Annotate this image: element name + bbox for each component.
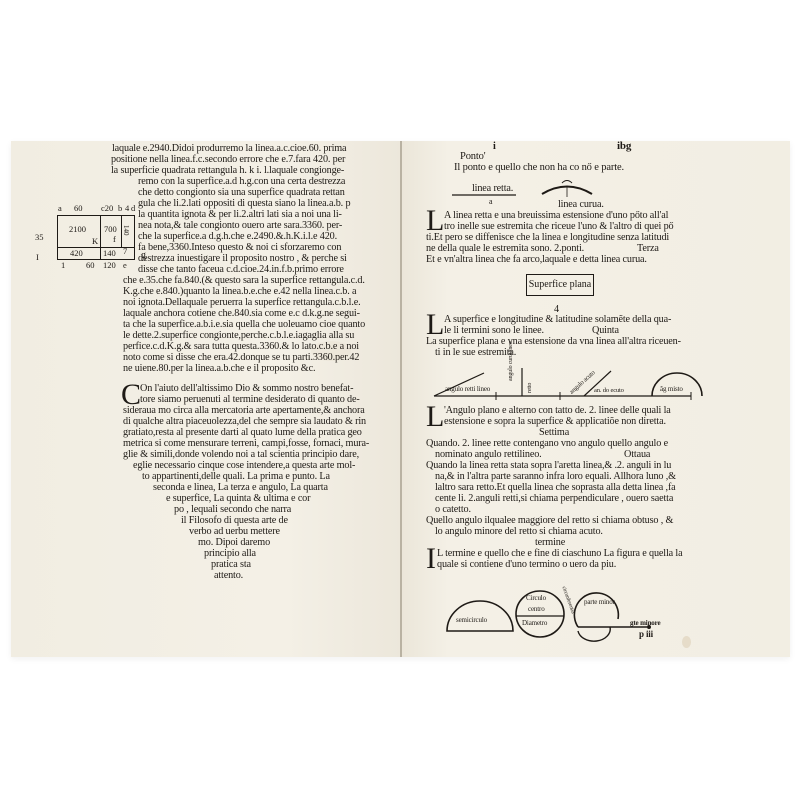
- text-line: tro inelle sue estremita che riceue l'un…: [444, 221, 673, 232]
- text-line: cente li. 2.anguli retti,si chiama perpe…: [435, 493, 673, 504]
- text-line: laquale e.2940.Didoi produrremo la linea…: [112, 143, 346, 154]
- text-line: La superfice plana e vna estensione da v…: [426, 336, 681, 347]
- angle-label: ãg misto: [660, 384, 683, 395]
- diagram-label: f: [113, 235, 116, 244]
- text-line: Et e vn'altra linea che fa arco,laquale …: [426, 254, 647, 265]
- text-line: to appartinenti,delle quali. La prima e …: [142, 471, 330, 482]
- definition-text: Il ponto e quello che non ha co nő e par…: [454, 162, 624, 173]
- text-line: Quello angulo ilqualee maggiore del rett…: [426, 515, 673, 526]
- diagram-cell: 140: [103, 249, 116, 258]
- section-heading: Ponto': [460, 151, 486, 162]
- text-line: gula che li.2.lati oppositi di questa si…: [138, 198, 350, 209]
- diagram-label: c20: [101, 204, 113, 213]
- diagram-cell: 700: [104, 225, 117, 234]
- text-line: e superfice, La quinta & ultima e cor: [166, 493, 310, 504]
- text-line: perfice.c.d.K.g.& sara tutta questa.3360…: [123, 341, 359, 352]
- diagram-cell: 2100: [69, 225, 86, 234]
- figure-label: Diametro: [522, 618, 547, 629]
- section-marker: termine: [535, 537, 565, 548]
- text-line: noto come si disse che era.42.donque se …: [123, 352, 359, 363]
- figure-label: linea curua.: [558, 199, 604, 210]
- text-line: remo con la superfice.a.d h.g.con una ce…: [138, 176, 345, 187]
- text-line: seconda e linea, La terza e angulo, La q…: [153, 482, 328, 493]
- figure-label: centro: [528, 604, 545, 615]
- text-line: 'Angulo plano e alterno con tatto de. 2.…: [444, 405, 671, 416]
- text-line: le li termini sono le linee.: [444, 325, 544, 336]
- text-line: che la superfice.a d.g.h.che e.2490.&.h.…: [138, 231, 337, 242]
- text-line: la superficie quadrata rettangula h. k i…: [111, 165, 344, 176]
- text-line: principio alla: [204, 548, 256, 559]
- text-line: disse che tanto faceua c.d.cioe.24.in.f.…: [138, 264, 344, 275]
- figure-label: semicirculo: [456, 615, 487, 626]
- text-line: le dette.2.superfice congionte,perche.c.…: [123, 330, 354, 341]
- section-marker: Ottaua: [624, 449, 650, 460]
- text-line: gratiato,resta al presente darti al quat…: [123, 427, 362, 438]
- book-spread: laquale e.2940.Didoi produrremo la linea…: [11, 141, 790, 657]
- text-line: estensione e sopra la superfice & applic…: [444, 416, 666, 427]
- text-line: che e.35.che fa.840.(& questo sara la su…: [123, 275, 365, 286]
- section-marker: Quinta: [592, 325, 619, 336]
- diagram-label: e: [123, 261, 127, 270]
- text-line: ti.Et pero se diffenisce che la linea e …: [426, 232, 669, 243]
- diagram-label: 60: [74, 204, 83, 213]
- figure-label: Circulo: [526, 593, 546, 604]
- signature-mark: p iii: [639, 629, 653, 640]
- diagram-cell: 7: [123, 247, 127, 256]
- diagram-label: 35: [35, 233, 44, 242]
- left-page: laquale e.2940.Didoi produrremo la linea…: [11, 141, 401, 657]
- text-line: ne uiene.80.per la linea.a.b.che e il pr…: [123, 363, 315, 374]
- text-line: ne della quale le estremita sono. 2.pont…: [426, 243, 584, 254]
- text-line: ta che la superfice.a.b.i.e.sia quella c…: [123, 319, 365, 330]
- diagram-label: K: [92, 237, 98, 246]
- text-line: lo angulo minore del retto si chiama acu…: [435, 526, 603, 537]
- text-line: che detto congionto sia una superfice qu…: [138, 187, 345, 198]
- diagram-label: I: [36, 253, 39, 262]
- text-line: verbo ad uerbu mettere: [189, 526, 280, 537]
- text-line: laquale anchora cotiene che.840.sia come…: [123, 308, 360, 319]
- text-line: K.g.che e.840.)quanto la linea.b.e.che e…: [123, 286, 356, 297]
- text-line: positione nella linea.f.c.secondo errore…: [111, 154, 345, 165]
- figure-label: parte minor: [584, 597, 615, 608]
- diagram-label: 1: [61, 261, 65, 270]
- diagram-label: 120: [103, 261, 116, 270]
- section-marker: Terza: [637, 243, 659, 254]
- figure-label: a: [489, 196, 492, 207]
- text-line: Quando. 2. linee rette contengano vno an…: [426, 438, 668, 449]
- figure-label: gte minore: [630, 618, 660, 629]
- text-line: attento.: [214, 570, 243, 581]
- diagram-label: g: [141, 251, 146, 260]
- text-line: A superfice e longitudine & latitudine s…: [444, 314, 671, 325]
- text-line: destrezza inuestigare il proposito nostr…: [138, 253, 347, 264]
- diagram-label: 60: [86, 261, 95, 270]
- superfice-plana-box: Superfice plana: [526, 274, 594, 296]
- text-line: fa bene,3360.Inteso questo & noi ci sfor…: [138, 242, 341, 253]
- signature-mark: i: [493, 141, 496, 152]
- text-line: metrica si come mensurare terreni, campi…: [123, 438, 369, 449]
- text-line: On l'aiuto dell'altissimo Dio & sommo no…: [140, 383, 353, 394]
- text-line: L termine e quello che e fine di ciaschu…: [437, 548, 682, 559]
- diagram-label: b: [118, 204, 122, 213]
- angle-label: angulo retti lineo: [445, 384, 490, 395]
- text-line: pratica sta: [211, 559, 251, 570]
- angle-label: angulo curuilineo: [506, 341, 517, 381]
- text-line: la quantita ignota & per li.2.altri lati…: [138, 209, 342, 220]
- text-line: eglie necessario cinque cose intendere,a…: [133, 460, 355, 471]
- text-line: di qualche altra piaceuolezza,del che se…: [123, 416, 366, 427]
- text-line: noi ignota.Dellaquale peruerra la superf…: [123, 297, 360, 308]
- text-line: il Filosofo di questa arte de: [181, 515, 288, 526]
- diagram-cell: 420: [70, 249, 83, 258]
- right-page: i ibg Ponto' Il ponto e quello che non h…: [402, 141, 790, 657]
- diagram-label: 4: [125, 204, 129, 213]
- text-line: nominato angulo rettilineo.: [435, 449, 542, 460]
- angle-label: retto: [525, 383, 536, 393]
- drop-cap: L: [426, 311, 444, 339]
- angle-label: an. do ecuto: [594, 385, 624, 396]
- text-line: glie & simili,donde volendo noi a tal sc…: [123, 449, 359, 460]
- drop-cap: I: [426, 545, 436, 573]
- drop-cap: L: [426, 207, 444, 235]
- drop-cap: L: [426, 403, 444, 431]
- text-line: po , lequali secondo che narra: [174, 504, 291, 515]
- text-line: Quando la linea retta stata sopra l'aret…: [426, 460, 671, 471]
- text-line: sideraua mo circa alla mercatoria arte a…: [123, 405, 365, 416]
- text-line: tore siamo peruenuti al termine desidera…: [140, 394, 360, 405]
- diagram-cell: 140: [121, 225, 130, 236]
- text-line: quale si contiene d'uno termino o uero d…: [437, 559, 616, 570]
- text-line: o catetto.: [435, 504, 471, 515]
- text-line: nea nota,& tale congionto ouero arte sar…: [138, 220, 342, 231]
- text-line: laltro sara retto.Et quella linea che so…: [435, 482, 676, 493]
- diagram-label: d: [131, 204, 135, 213]
- diagram-label: a: [58, 204, 62, 213]
- text-line: na,& in l'altra parte saranno infra loro…: [435, 471, 676, 482]
- section-marker: Settima: [539, 427, 569, 438]
- text-line: mo. Dipoi daremo: [198, 537, 270, 548]
- text-line: A linea retta e una breuissima estension…: [444, 210, 668, 221]
- folio-number: ibg: [617, 141, 631, 152]
